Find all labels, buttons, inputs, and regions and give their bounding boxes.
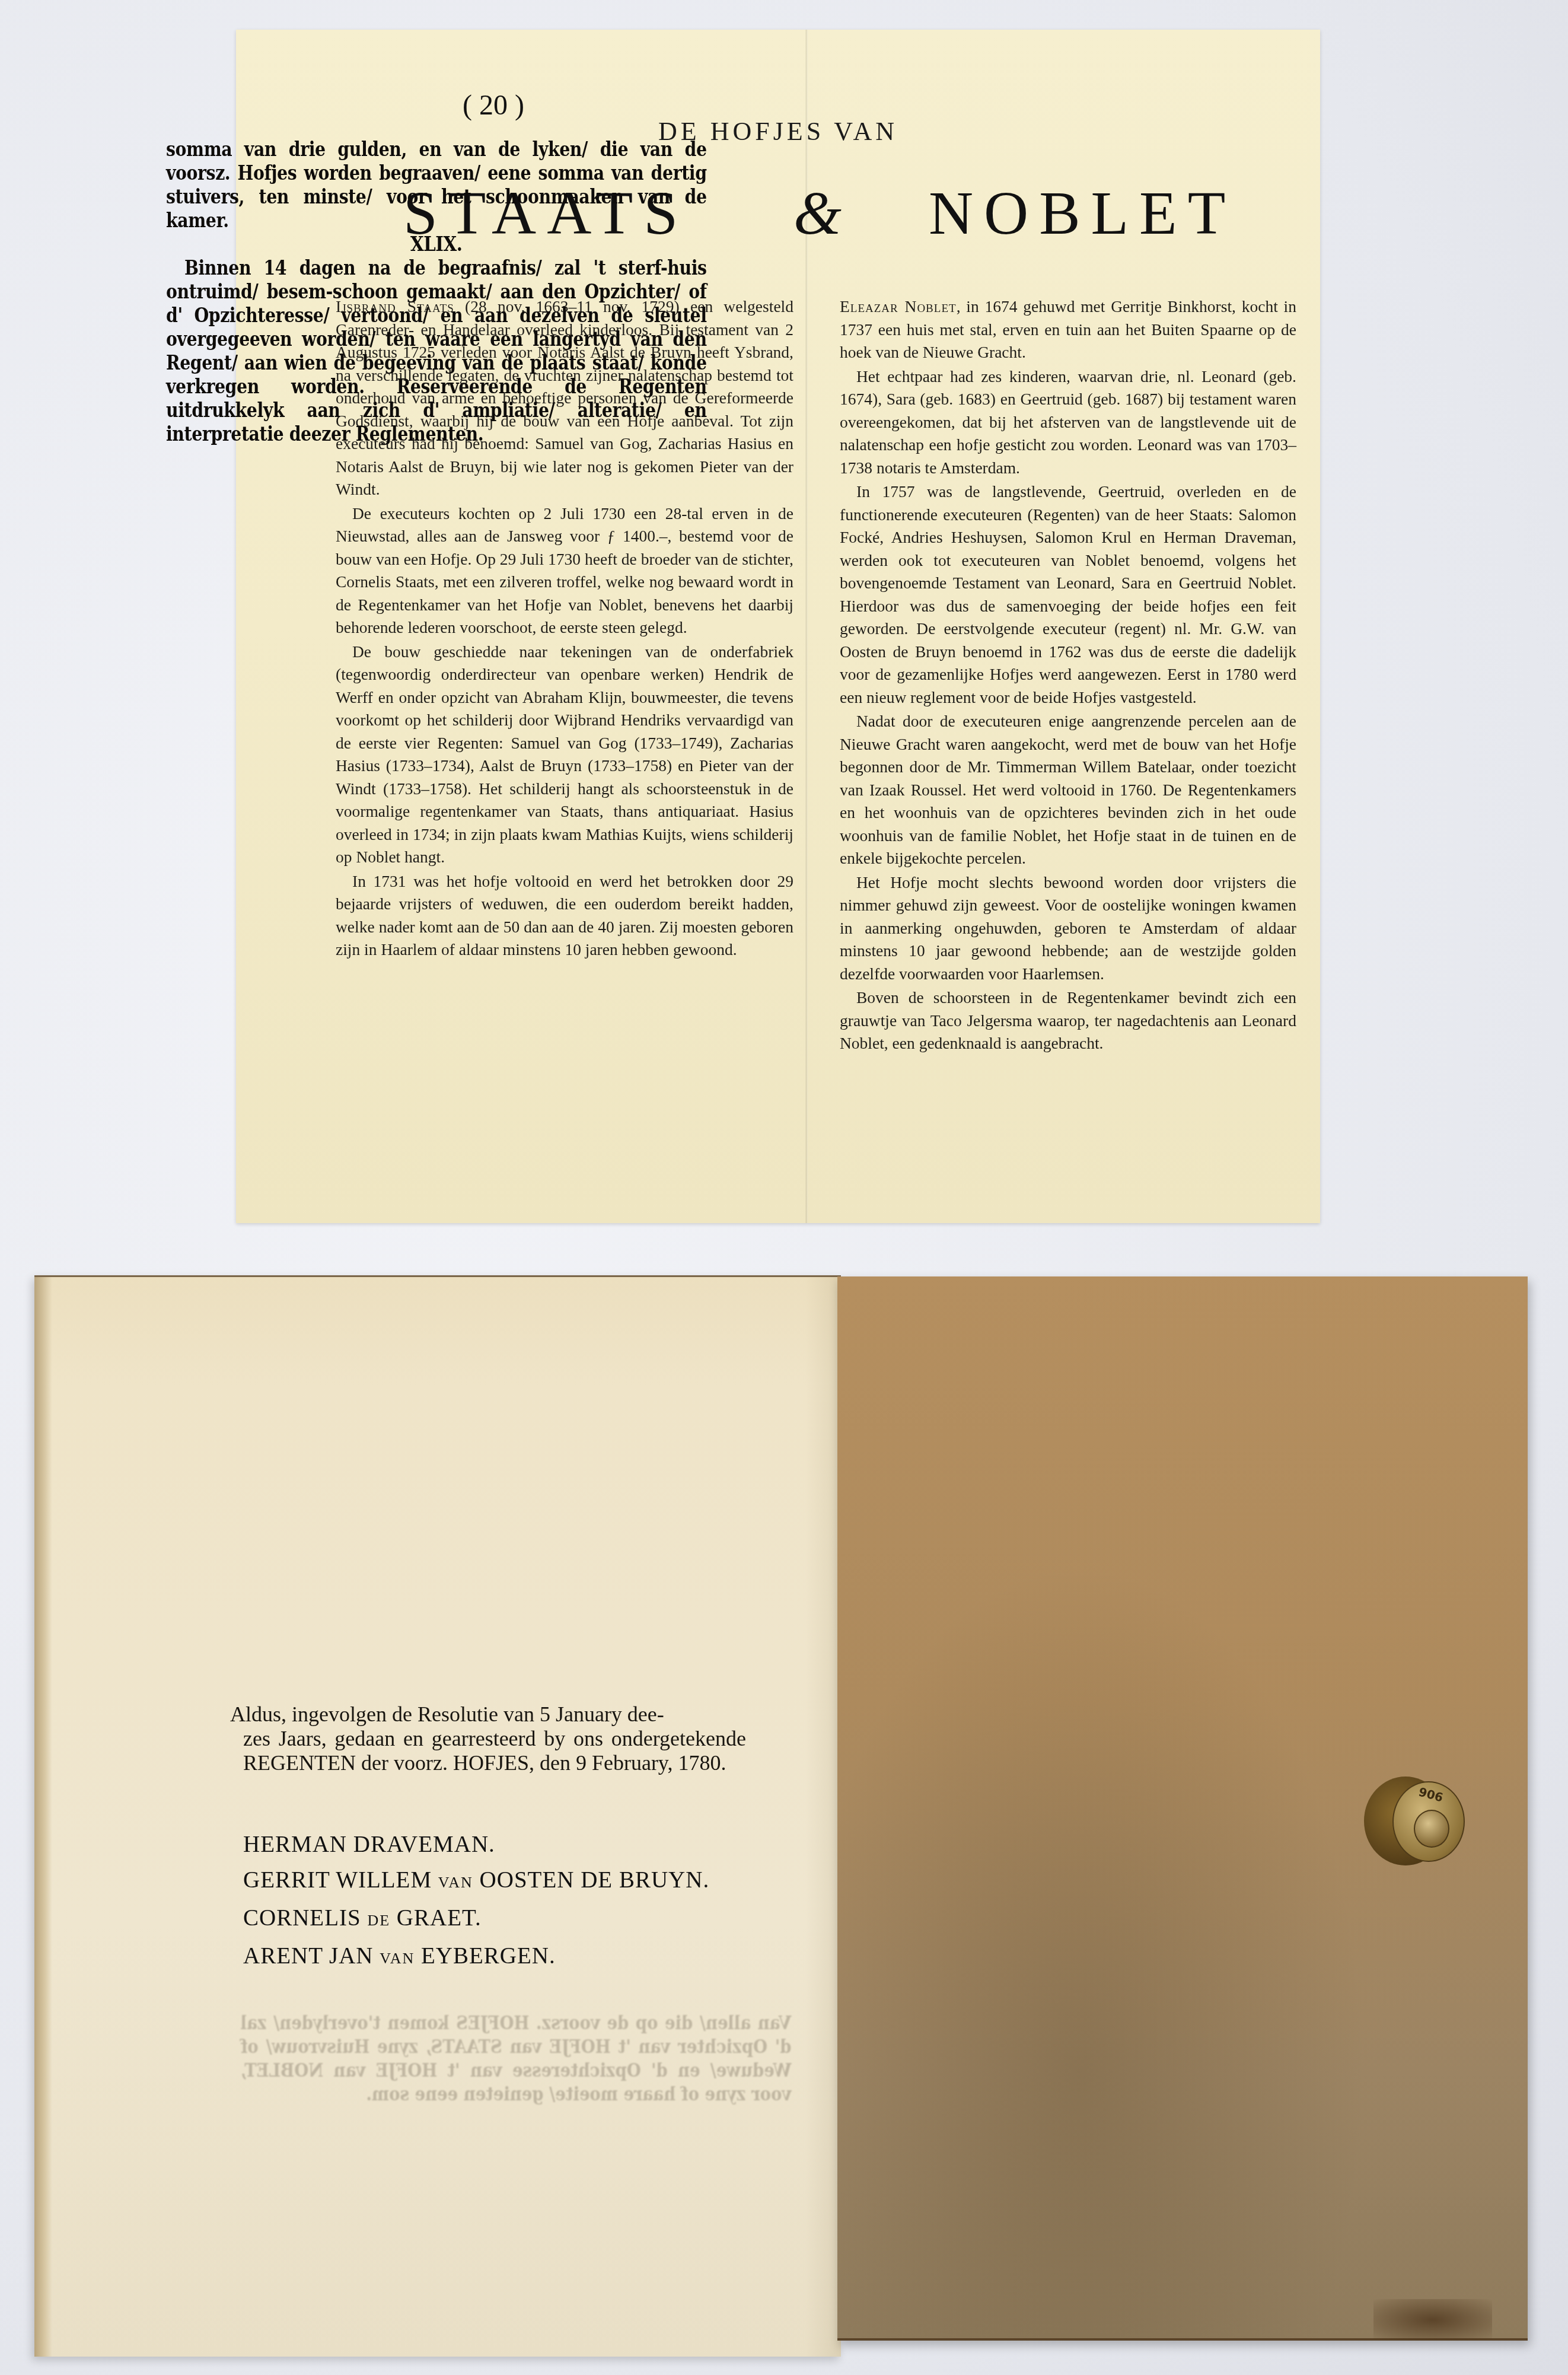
signatory-list: HERMAN DRAVEMAN. GERRIT WILLEM VAN OOSTE… xyxy=(243,1827,709,1976)
paragraph: In 1757 was de langstlevende, Geertruid,… xyxy=(840,480,1296,709)
paragraph: Nadat door de executeuren enige aangrenz… xyxy=(840,710,1296,870)
title-noblet: NOBLET xyxy=(929,178,1236,249)
right-column-text: Eleazar Noblet, in 1674 gehuwd met Gerri… xyxy=(840,295,1296,1056)
booklet-page xyxy=(34,1275,841,2357)
paragraph: In 1731 was het hofje voltooid en werd h… xyxy=(336,870,793,962)
article-paragraph: Binnen 14 dagen na de begraafnis/ zal 't… xyxy=(166,256,707,446)
paragraph: Het echtpaar had zes kinderen, waarvan d… xyxy=(840,365,1296,480)
deckled-edge xyxy=(34,1277,52,2357)
page-gutter xyxy=(805,1277,841,2357)
lead-name: Eleazar Noblet xyxy=(840,297,957,316)
page-number: ( 20 ) xyxy=(463,89,524,122)
signatory: ARENT JAN VAN EYBERGEN. xyxy=(243,1938,709,1976)
signatory: CORNELIS DE GRAET. xyxy=(243,1900,709,1938)
resolution-continuation: zes Jaars, gedaan en gearresteerd by ons… xyxy=(230,1727,746,1775)
continuation-paragraph: somma van drie gulden, en van de lyken/ … xyxy=(166,138,707,233)
paragraph: De bouw geschiedde naar tekeningen van d… xyxy=(336,641,793,869)
resolution-first-line: Aldus, ingevolgen de Resolutie van 5 Jan… xyxy=(230,1702,664,1726)
paragraph: De executeurs kochten op 2 Juli 1730 een… xyxy=(336,502,793,639)
signatory: GERRIT WILLEM VAN OOSTEN DE BRUYN. xyxy=(243,1863,709,1900)
water-stain xyxy=(1373,2299,1492,2341)
resolution-text: Aldus, ingevolgen de Resolutie van 5 Jan… xyxy=(230,1702,746,1775)
paragraph: Boven de schoorsteen in de Regentenkamer… xyxy=(840,986,1296,1055)
weight-knob xyxy=(1414,1810,1449,1848)
title-ampersand: & xyxy=(793,178,852,249)
paragraph: Het Hofje mocht slechts bewoond worden d… xyxy=(840,871,1296,986)
signatory: HERMAN DRAVEMAN. xyxy=(243,1827,709,1863)
paragraph: Eleazar Noblet, in 1674 gehuwd met Gerri… xyxy=(840,295,1296,364)
brass-weight-icon[interactable]: 906 xyxy=(1364,1771,1465,1871)
article-number: XLIX. xyxy=(166,233,707,256)
bleed-through-text: Van allen/ die op de voorsz. HOFJES kome… xyxy=(241,2011,792,2106)
blackletter-text: somma van drie gulden, en van de lyken/ … xyxy=(166,138,707,446)
